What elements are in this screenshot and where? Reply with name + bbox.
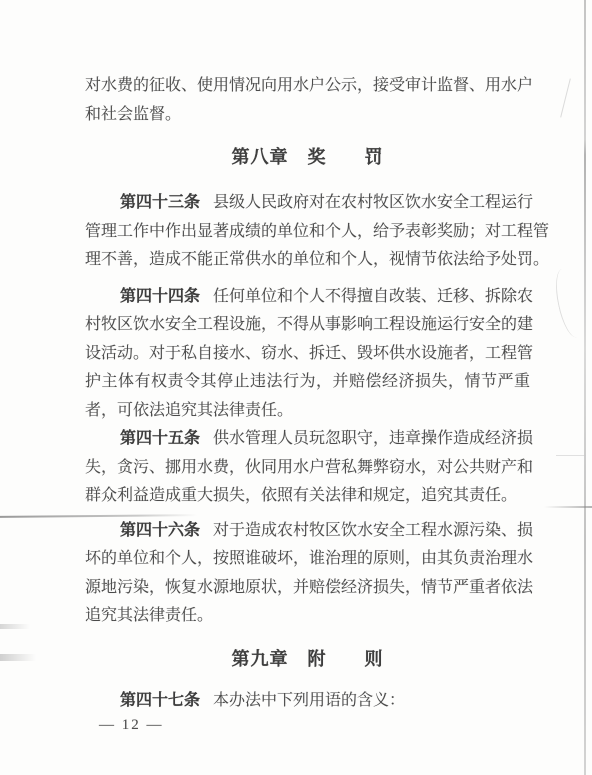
text-line: 第四十七条本办法中下列用语的含义： [85,687,530,716]
text-line: 理不善，造成不能正常供水的单位和个人，视情节依法给予处罚。 [85,246,530,275]
scan-mark [551,266,588,339]
text-line: 第四十四条任何单位和个人不得擅自改装、迁移、拆除农 [85,283,530,312]
chapter-heading: 第八章 奖 罚 [85,142,530,172]
document-body: 对水费的征收、使用情况向用水户公示，接受审计监督、用水户和社会监督。第八章 奖 … [85,72,530,715]
text-line: 失，贪污、挪用水费，伙同用水户营私舞弊窃水，对公共财产和 [85,454,530,483]
text-line: 源地污染，恢复水源地原状，并赔偿经济损失，情节严重者依法 [85,574,530,603]
text-line: 和社会监督。 [85,101,530,130]
article-number: 第四十七条 [120,692,200,709]
article-number: 第四十五条 [120,430,200,447]
scan-edge-line [584,0,586,775]
chapter-heading: 第九章 附 则 [85,644,530,674]
paragraph: 对水费的征收、使用情况向用水户公示，接受审计监督、用水户和社会监督。 [85,72,530,129]
text-line: 第四十三条县级人民政府对在农村牧区饮水安全工程运行 [85,189,530,218]
text-line: 护主体有权责令其停止违法行为，并赔偿经济损失，情节严重 [85,368,530,397]
text-line: 追究其法律责任。 [85,602,530,631]
article-paragraph: 第四十三条县级人民政府对在农村牧区饮水安全工程运行管理工作中作出显著成绩的单位和… [85,189,530,275]
scanned-document-page: 对水费的征收、使用情况向用水户公示，接受审计监督、用水户和社会监督。第八章 奖 … [0,0,592,775]
text-line: 第四十五条供水管理人员玩忽职守，违章操作造成经济损 [85,425,530,454]
article-paragraph: 第四十五条供水管理人员玩忽职守，违章操作造成经济损失，贪污、挪用水费，伙同用水户… [85,425,530,511]
text-line: 者，可依法追究其法律责任。 [85,397,530,426]
text-line: 管理工作中作出显著成绩的单位和个人，给予表彰奖励；对工程管 [85,218,530,247]
text-line: 第四十六条对于造成农村牧区饮水安全工程水源污染、损 [85,517,530,546]
article-paragraph: 第四十七条本办法中下列用语的含义： [85,687,530,716]
text-line: 村牧区饮水安全工程设施，不得从事影响工程设施运行安全的建 [85,311,530,340]
page-number: — 12 — [99,717,164,734]
scan-mark [556,455,586,456]
article-number: 第四十三条 [120,194,200,211]
text-line: 坏的单位和个人，按照谁破坏，谁治理的原则，由其负责治理水 [85,545,530,574]
text-line: 对水费的征收、使用情况向用水户公示，接受审计监督、用水户 [85,72,530,101]
article-paragraph: 第四十六条对于造成农村牧区饮水安全工程水源污染、损坏的单位和个人，按照谁破坏，谁… [85,517,530,631]
text-line: 设活动。对于私自接水、窃水、拆迁、毁坏供水设施者，工程管 [85,340,530,369]
scan-smudge [0,654,36,661]
scan-mark [560,78,571,117]
scan-crease-line-right [544,506,592,508]
article-number: 第四十四条 [120,288,200,305]
article-paragraph: 第四十四条任何单位和个人不得擅自改装、迁移、拆除农村牧区饮水安全工程设施，不得从… [85,283,530,426]
text-line: 群众利益造成重大损失，依照有关法律和规定，追究其责任。 [85,482,530,511]
article-number: 第四十六条 [120,522,200,539]
scan-smudge [0,624,30,629]
